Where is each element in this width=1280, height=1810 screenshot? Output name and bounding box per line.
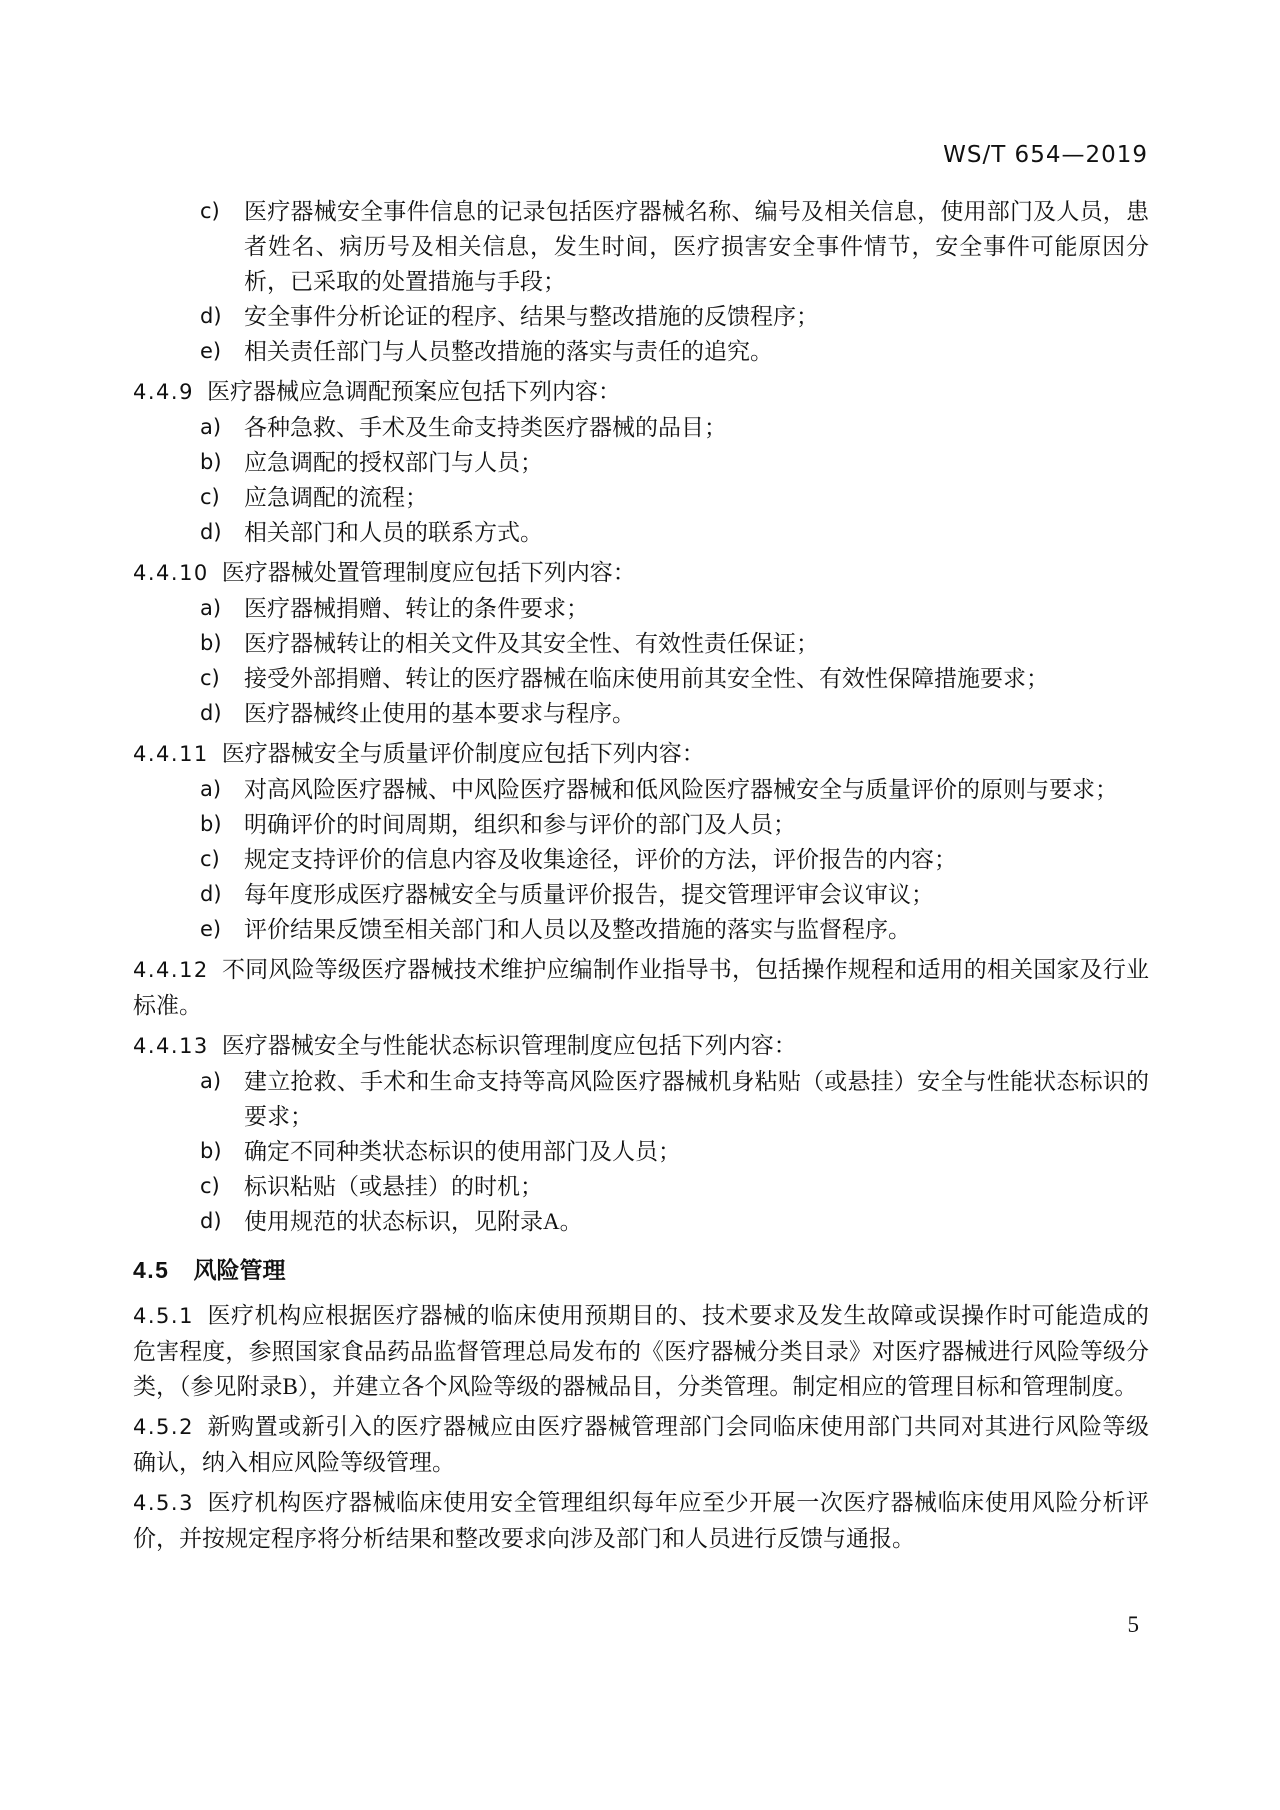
list-item: b) 应急调配的授权部门与人员； bbox=[133, 445, 1149, 480]
list-item: d) 相关部门和人员的联系方式。 bbox=[133, 515, 1149, 550]
list-item: d) 医疗器械终止使用的基本要求与程序。 bbox=[133, 696, 1149, 731]
list-item-label: c) bbox=[200, 661, 244, 696]
list-item-text: 医疗器械转让的相关文件及其安全性、有效性责任保证； bbox=[244, 626, 1149, 661]
section-number: 4.5 bbox=[133, 1257, 169, 1283]
clause-4-4-13: 4.4.13医疗器械安全与性能状态标识管理制度应包括下列内容： bbox=[133, 1028, 1149, 1064]
list-item: c) 接受外部捐赠、转让的医疗器械在临床使用前其安全性、有效性保障措施要求； bbox=[133, 661, 1149, 696]
list-item-label: c) bbox=[200, 194, 244, 299]
list-item-label: d) bbox=[200, 877, 244, 912]
list-item-label: d) bbox=[200, 1204, 244, 1239]
list-item-text: 评价结果反馈至相关部门和人员以及整改措施的落实与监督程序。 bbox=[244, 912, 1149, 947]
list-item: e) 评价结果反馈至相关部门和人员以及整改措施的落实与监督程序。 bbox=[133, 912, 1149, 947]
list-item-label: d) bbox=[200, 299, 244, 334]
clause-text: 不同风险等级医疗器械技术维护应编制作业指导书，包括操作规程和适用的相关国家及行业… bbox=[133, 957, 1149, 1018]
list-item: b) 医疗器械转让的相关文件及其安全性、有效性责任保证； bbox=[133, 626, 1149, 661]
section-heading-4-5: 4.5风险管理 bbox=[133, 1253, 1149, 1288]
list-item-text: 每年度形成医疗器械安全与质量评价报告，提交管理评审会议审议； bbox=[244, 877, 1149, 912]
clause-4-5-1: 4.5.1医疗机构应根据医疗器械的临床使用预期目的、技术要求及发生故障或误操作时… bbox=[133, 1298, 1149, 1404]
list-item-text: 各种急救、手术及生命支持类医疗器械的品目； bbox=[244, 410, 1149, 445]
clause-4-4-11: 4.4.11医疗器械安全与质量评价制度应包括下列内容： bbox=[133, 736, 1149, 772]
list-item-label: d) bbox=[200, 696, 244, 731]
list-item: a) 建立抢救、手术和生命支持等高风险医疗器械机身粘贴（或悬挂）安全与性能状态标… bbox=[133, 1064, 1149, 1134]
clause-4-4-10: 4.4.10医疗器械处置管理制度应包括下列内容： bbox=[133, 555, 1149, 591]
list-item-label: a) bbox=[200, 410, 244, 445]
list-item: a) 医疗器械捐赠、转让的条件要求； bbox=[133, 591, 1149, 626]
list-item-label: b) bbox=[200, 807, 244, 842]
clause-number: 4.4.13 bbox=[133, 1034, 209, 1058]
list-item-text: 标识粘贴（或悬挂）的时机； bbox=[244, 1169, 1149, 1204]
list-item-text: 安全事件分析论证的程序、结果与整改措施的反馈程序； bbox=[244, 299, 1149, 334]
list-item: c) 规定支持评价的信息内容及收集途径，评价的方法，评价报告的内容； bbox=[133, 842, 1149, 877]
clause-number: 4.5.3 bbox=[133, 1491, 194, 1515]
list-item-label: c) bbox=[200, 842, 244, 877]
clause-number: 4.4.11 bbox=[133, 742, 209, 766]
document-page: WS/T 654—2019 c) 医疗器械安全事件信息的记录包括医疗器械名称、编… bbox=[0, 0, 1280, 1810]
list-item: b) 确定不同种类状态标识的使用部门及人员； bbox=[133, 1134, 1149, 1169]
list-item-text: 接受外部捐赠、转让的医疗器械在临床使用前其安全性、有效性保障措施要求； bbox=[244, 661, 1149, 696]
list-item-text: 相关部门和人员的联系方式。 bbox=[244, 515, 1149, 550]
clause-number: 4.4.10 bbox=[133, 561, 209, 585]
list-item-label: a) bbox=[200, 591, 244, 626]
list-item-text: 医疗器械安全事件信息的记录包括医疗器械名称、编号及相关信息，使用部门及人员，患者… bbox=[244, 194, 1149, 299]
clause-number: 4.5.2 bbox=[133, 1415, 194, 1439]
clause-text: 医疗器械安全与性能状态标识管理制度应包括下列内容： bbox=[222, 1033, 797, 1058]
list-item: e) 相关责任部门与人员整改措施的落实与责任的追究。 bbox=[133, 334, 1149, 369]
list-item: d) 安全事件分析论证的程序、结果与整改措施的反馈程序； bbox=[133, 299, 1149, 334]
clause-text: 医疗器械安全与质量评价制度应包括下列内容： bbox=[222, 741, 705, 766]
list-item: d) 每年度形成医疗器械安全与质量评价报告，提交管理评审会议审议； bbox=[133, 877, 1149, 912]
clause-text: 医疗机构医疗器械临床使用安全管理组织每年应至少开展一次医疗器械临床使用风险分析评… bbox=[133, 1490, 1149, 1551]
list-item-label: b) bbox=[200, 1134, 244, 1169]
standard-code-header: WS/T 654—2019 bbox=[943, 142, 1148, 168]
page-number: 5 bbox=[1128, 1612, 1140, 1638]
list-item: c) 应急调配的流程； bbox=[133, 480, 1149, 515]
list-item-label: d) bbox=[200, 515, 244, 550]
list-item-text: 明确评价的时间周期，组织和参与评价的部门及人员； bbox=[244, 807, 1149, 842]
list-item-text: 对高风险医疗器械、中风险医疗器械和低风险医疗器械安全与质量评价的原则与要求； bbox=[244, 772, 1149, 807]
list-item-label: c) bbox=[200, 480, 244, 515]
section-title: 风险管理 bbox=[193, 1257, 285, 1283]
list-item-text: 确定不同种类状态标识的使用部门及人员； bbox=[244, 1134, 1149, 1169]
list-item-label: c) bbox=[200, 1169, 244, 1204]
list-item: a) 各种急救、手术及生命支持类医疗器械的品目； bbox=[133, 410, 1149, 445]
list-item-label: b) bbox=[200, 445, 244, 480]
list-item-label: a) bbox=[200, 1064, 244, 1134]
list-item-label: e) bbox=[200, 912, 244, 947]
list-item: d) 使用规范的状态标识，见附录A。 bbox=[133, 1204, 1149, 1239]
clause-text: 医疗器械应急调配预案应包括下列内容： bbox=[207, 379, 621, 404]
list-item-text: 相关责任部门与人员整改措施的落实与责任的追究。 bbox=[244, 334, 1149, 369]
list-item-text: 医疗器械终止使用的基本要求与程序。 bbox=[244, 696, 1149, 731]
clause-4-4-12: 4.4.12不同风险等级医疗器械技术维护应编制作业指导书，包括操作规程和适用的相… bbox=[133, 952, 1149, 1023]
list-item-label: b) bbox=[200, 626, 244, 661]
list-item: c) 标识粘贴（或悬挂）的时机； bbox=[133, 1169, 1149, 1204]
list-item-label: e) bbox=[200, 334, 244, 369]
list-item-text: 医疗器械捐赠、转让的条件要求； bbox=[244, 591, 1149, 626]
clause-4-5-3: 4.5.3医疗机构医疗器械临床使用安全管理组织每年应至少开展一次医疗器械临床使用… bbox=[133, 1485, 1149, 1556]
clause-number: 4.4.12 bbox=[133, 958, 209, 982]
clause-number: 4.5.1 bbox=[133, 1304, 194, 1328]
list-item-text: 应急调配的流程； bbox=[244, 480, 1149, 515]
clause-number: 4.4.9 bbox=[133, 380, 194, 404]
list-item-text: 应急调配的授权部门与人员； bbox=[244, 445, 1149, 480]
list-item-text: 使用规范的状态标识，见附录A。 bbox=[244, 1204, 1149, 1239]
list-item: c) 医疗器械安全事件信息的记录包括医疗器械名称、编号及相关信息，使用部门及人员… bbox=[133, 194, 1149, 299]
clause-4-4-9: 4.4.9医疗器械应急调配预案应包括下列内容： bbox=[133, 374, 1149, 410]
clause-text: 医疗机构应根据医疗器械的临床使用预期目的、技术要求及发生故障或误操作时可能造成的… bbox=[133, 1303, 1149, 1399]
list-item-label: a) bbox=[200, 772, 244, 807]
list-item-text: 建立抢救、手术和生命支持等高风险医疗器械机身粘贴（或悬挂）安全与性能状态标识的要… bbox=[244, 1064, 1149, 1134]
clause-text: 医疗器械处置管理制度应包括下列内容： bbox=[222, 560, 636, 585]
list-item-text: 规定支持评价的信息内容及收集途径，评价的方法，评价报告的内容； bbox=[244, 842, 1149, 877]
clause-4-5-2: 4.5.2新购置或新引入的医疗器械应由医疗器械管理部门会同临床使用部门共同对其进… bbox=[133, 1409, 1149, 1480]
list-item: b) 明确评价的时间周期，组织和参与评价的部门及人员； bbox=[133, 807, 1149, 842]
document-body: c) 医疗器械安全事件信息的记录包括医疗器械名称、编号及相关信息，使用部门及人员… bbox=[133, 194, 1149, 1556]
clause-text: 新购置或新引入的医疗器械应由医疗器械管理部门会同临床使用部门共同对其进行风险等级… bbox=[133, 1414, 1149, 1475]
list-item: a) 对高风险医疗器械、中风险医疗器械和低风险医疗器械安全与质量评价的原则与要求… bbox=[133, 772, 1149, 807]
